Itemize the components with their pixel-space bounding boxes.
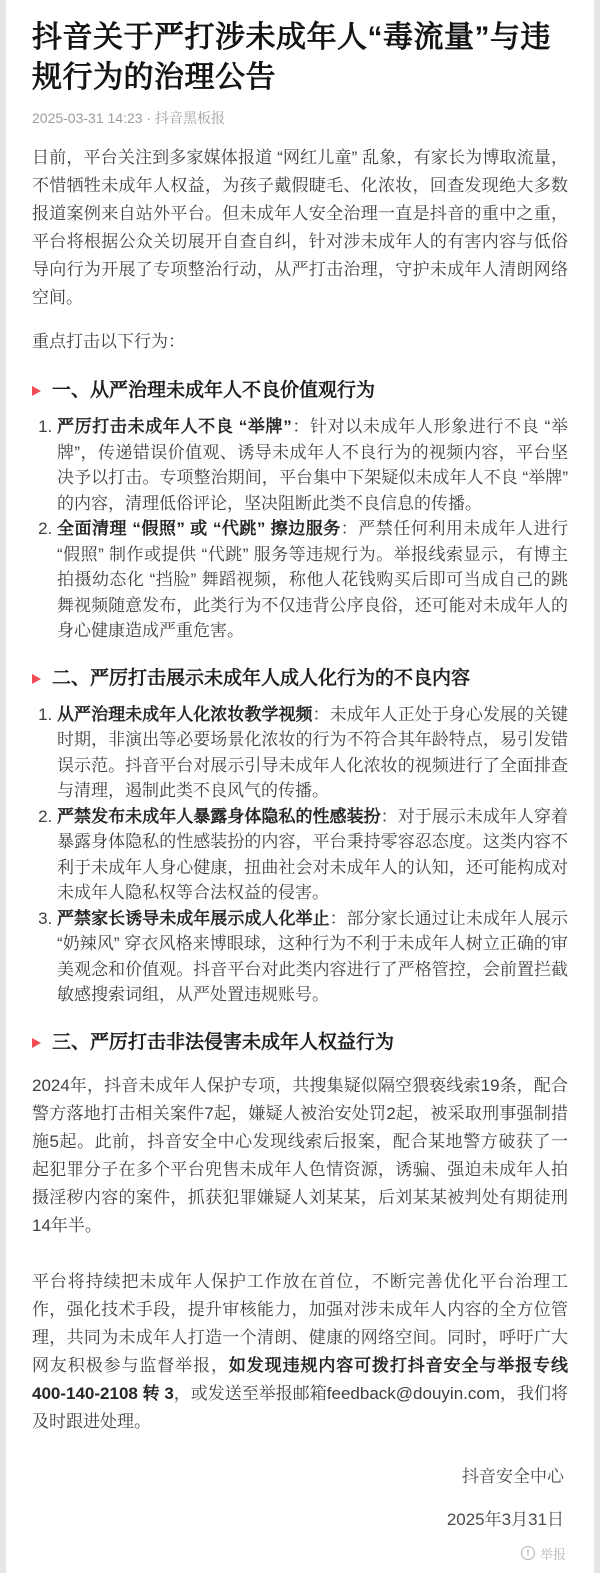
triangle-bullet-icon — [32, 386, 41, 396]
announcement-article: 抖音关于严打涉未成年人“毒流量”与违规行为的治理公告 2025-03-31 14… — [6, 0, 594, 1573]
section-1-heading: 一、从严治理未成年人不良价值观行为 — [32, 378, 568, 404]
intro-paragraph: 日前，平台关注到多家媒体报道 “网红儿童” 乱象，有家长为博取流量，不惜牺牲未成… — [32, 144, 568, 312]
publish-meta: 2025-03-31 14:23 · 抖音黑板报 — [32, 108, 568, 128]
report-icon: ! — [521, 1546, 535, 1560]
list-item: 严禁家长诱导未成年展示成人化举止：部分家长通过让未成年人展示 “奶辣风” 穿衣风… — [57, 906, 568, 1008]
lead-in-text: 重点打击以下行为： — [32, 328, 568, 356]
list-item-bold-lead: 严厉打击未成年人不良 “举牌” — [57, 417, 292, 436]
list-item-bold-lead: 严禁发布未成年人暴露身体隐私的性感装扮 — [57, 807, 381, 826]
list-item-bold-lead: 严禁家长诱导未成年展示成人化举止 — [57, 909, 330, 928]
list-item-bold-lead: 全面清理 “假照” 或 “代跳” 擦边服务 — [57, 519, 341, 538]
list-item: 全面清理 “假照” 或 “代跳” 擦边服务：严禁任何利用未成年人进行 “假照” … — [57, 516, 568, 644]
signature-date: 2025年3月31日 — [32, 1505, 568, 1530]
signature: 抖音安全中心 — [32, 1462, 568, 1487]
section-3-heading-label: 三、严厉打击非法侵害未成年人权益行为 — [52, 1030, 394, 1056]
section-2-heading: 二、严厉打击展示未成年人成人化行为的不良内容 — [32, 666, 568, 692]
list-item: 从严治理未成年人化浓妆教学视频：未成年人正处于身心发展的关键时期，非演出等必要场… — [57, 702, 568, 804]
list-item: 严厉打击未成年人不良 “举牌”：针对以未成年人形象进行不良 “举牌”，传递错误价… — [57, 414, 568, 516]
list-item: 严禁发布未成年人暴露身体隐私的性感装扮：对于展示未成年人穿着暴露身体隐私的性感装… — [57, 804, 568, 906]
section-2-list: 从严治理未成年人化浓妆教学视频：未成年人正处于身心发展的关键时期，非演出等必要场… — [32, 702, 568, 1008]
triangle-bullet-icon — [32, 674, 41, 684]
section-3-heading: 三、严厉打击非法侵害未成年人权益行为 — [32, 1030, 568, 1056]
section-3-paragraph: 2024年，抖音未成年人保护专项，共搜集疑似隔空猥亵线索19条，配合警方落地打击… — [32, 1072, 568, 1240]
closing-paragraph: 平台将持续把未成年人保护工作放在首位，不断完善优化平台治理工作，强化技术手段，提… — [32, 1268, 568, 1436]
report-label: 举报 — [540, 1544, 566, 1563]
section-1-list: 严厉打击未成年人不良 “举牌”：针对以未成年人形象进行不良 “举牌”，传递错误价… — [32, 414, 568, 644]
report-link[interactable]: ! 举报 — [32, 1544, 568, 1563]
triangle-bullet-icon — [32, 1038, 41, 1048]
page-title: 抖音关于严打涉未成年人“毒流量”与违规行为的治理公告 — [32, 18, 568, 98]
list-item-bold-lead: 从严治理未成年人化浓妆教学视频 — [57, 705, 313, 724]
section-1-heading-label: 一、从严治理未成年人不良价值观行为 — [52, 378, 375, 404]
section-2-heading-label: 二、严厉打击展示未成年人成人化行为的不良内容 — [52, 666, 470, 692]
